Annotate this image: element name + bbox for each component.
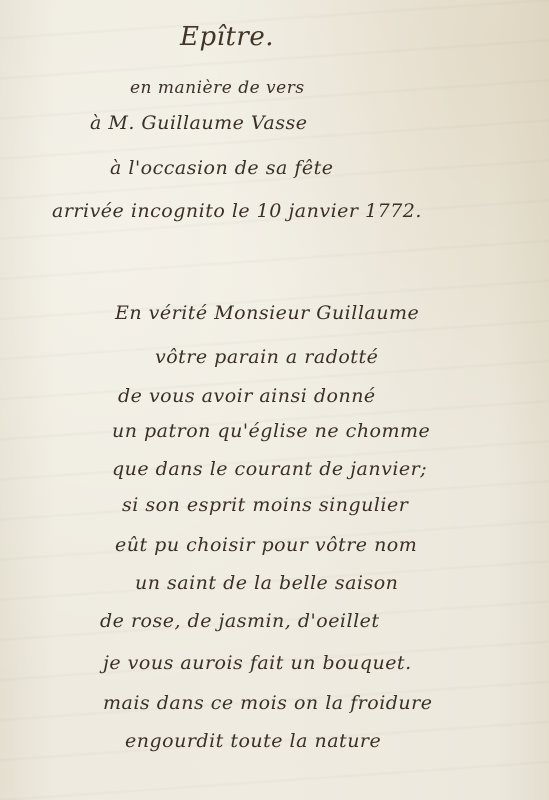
heading-line-4: arrivée incognito le 10 janvier 1772. [52, 200, 422, 222]
heading-line-2: à M. Guillaume Vasse [90, 112, 307, 134]
verse-line: mais dans ce mois on la froidure [103, 692, 433, 714]
verse-line: un patron qu'église ne chomme [112, 420, 430, 442]
verse-line: que dans le courant de janvier; [112, 458, 427, 480]
verse-line: En vérité Monsieur Guillaume [115, 302, 419, 324]
verse-line: de vous avoir ainsi donné [118, 385, 376, 407]
manuscript-page: Epître. en manière de vers à M. Guillaum… [0, 0, 549, 800]
epistle-title: Epître. [180, 22, 274, 52]
verse-line: je vous aurois fait un bouquet. [103, 652, 412, 674]
verse-line: de rose, de jasmin, d'oeillet [100, 610, 380, 632]
verse-line: un saint de la belle saison [135, 572, 398, 594]
verse-line: engourdit toute la nature [125, 730, 381, 752]
heading-line-1: en manière de vers [130, 78, 305, 98]
verse-line: si son esprit moins singulier [122, 494, 408, 516]
heading-line-3: à l'occasion de sa fête [110, 157, 333, 179]
verse-line: eût pu choisir pour vôtre nom [115, 534, 417, 556]
verse-line: vôtre parain a radotté [155, 346, 378, 368]
